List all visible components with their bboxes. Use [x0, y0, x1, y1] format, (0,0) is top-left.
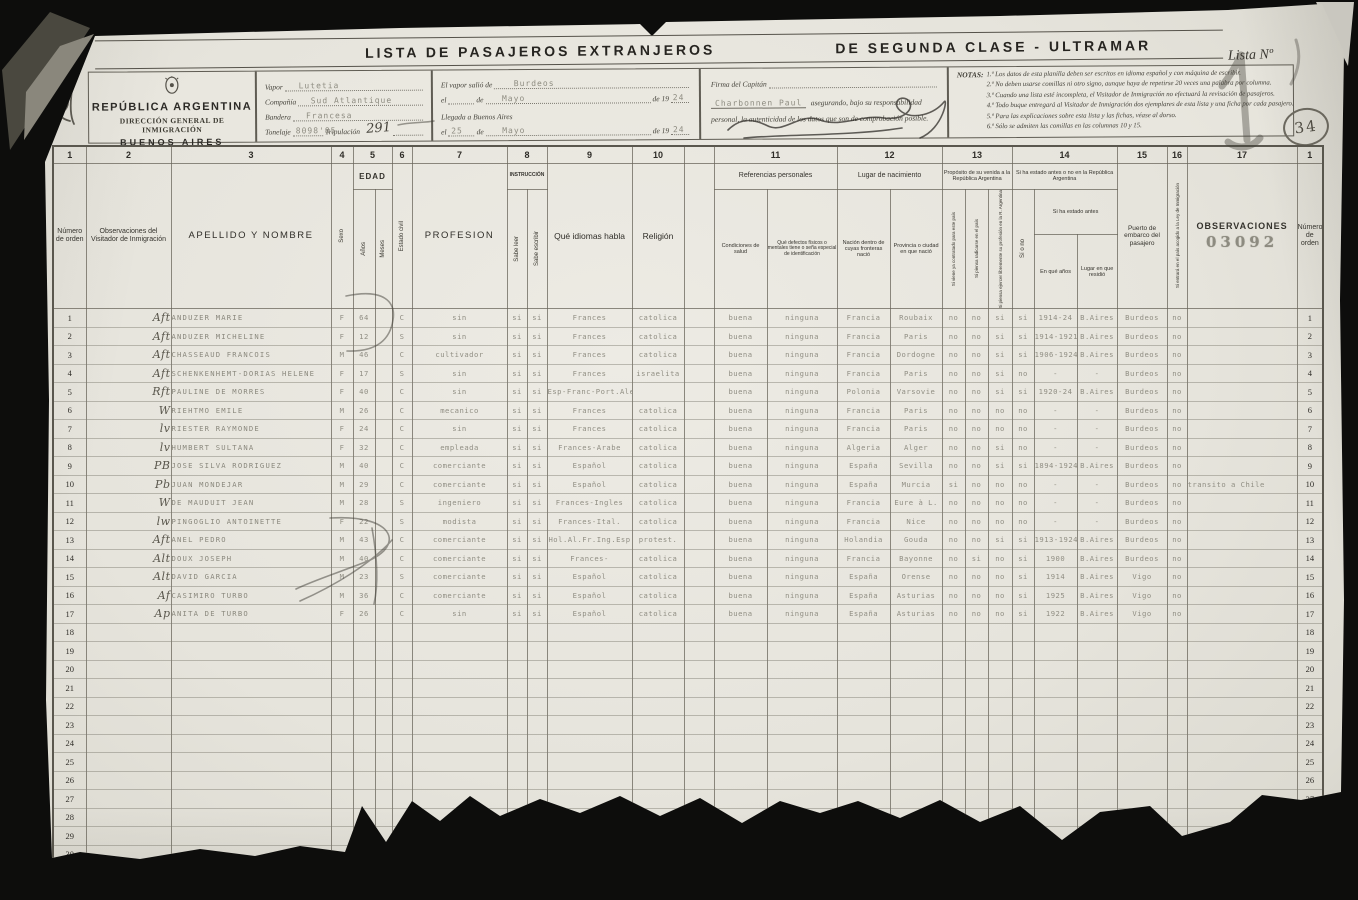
cell-health — [714, 808, 767, 827]
cell-civil: C — [392, 457, 412, 476]
cell-port: Burdeos — [1117, 364, 1167, 383]
cell-write: si — [527, 494, 547, 513]
cell-sex — [331, 679, 353, 698]
cell-months — [375, 568, 392, 587]
cell-n: 2 — [53, 327, 86, 346]
cell-months — [375, 401, 392, 420]
cell-when — [1034, 642, 1077, 661]
cell-before: si — [1012, 457, 1034, 476]
cell-before — [1012, 808, 1034, 827]
voyage-box: El vapor salió deBurdeos el deMayo de 19… — [433, 69, 701, 141]
cell-prov: Gouda — [890, 531, 942, 550]
header-estado-antes: Si ha estado antes o no en la República … — [1012, 163, 1117, 189]
cell-name — [171, 808, 331, 827]
cell-before: no — [1012, 512, 1034, 531]
cell-p1: no — [942, 549, 965, 568]
table-row: 6WRIEHTMO EMILEM26CmecanicosisiFrancesca… — [53, 401, 1323, 420]
cell-nation: Algeria — [837, 438, 890, 457]
cell-years: 32 — [353, 438, 375, 457]
cell-p1 — [942, 845, 965, 864]
cell-nation: Francia — [837, 309, 890, 328]
cell-civil — [392, 697, 412, 716]
scanned-passenger-list: { "page_title": { "left": "LISTA DE PASA… — [0, 0, 1358, 900]
cell-before — [1012, 790, 1034, 809]
cell-law — [1167, 623, 1187, 642]
cell-civil — [392, 753, 412, 772]
cell-obs — [1187, 827, 1297, 846]
cell-before: si — [1012, 309, 1034, 328]
cell-prof: ingeniero — [412, 494, 507, 513]
cell-obs — [1187, 845, 1297, 864]
cell-rel: catolica — [632, 605, 684, 624]
table-row: 1818 — [53, 623, 1323, 642]
cell-defects: ninguna — [767, 549, 837, 568]
cell-nation — [837, 660, 890, 679]
cell-sex — [331, 697, 353, 716]
cell-name: SCHENKENHEMT-DORIAS HELENE — [171, 364, 331, 383]
cell-read: si — [507, 364, 527, 383]
cell-where: - — [1077, 364, 1117, 383]
cell-read — [507, 642, 527, 661]
cell-where — [1077, 660, 1117, 679]
cell-rel — [632, 716, 684, 735]
cell-health: buena — [714, 568, 767, 587]
cell-health — [714, 771, 767, 790]
bandera-label: Bandera — [265, 112, 291, 121]
cell-prof — [412, 679, 507, 698]
cell-years: 22 — [353, 512, 375, 531]
cell-p1: no — [942, 531, 965, 550]
cell-n: 4 — [53, 364, 86, 383]
colnum-1: 1 — [53, 146, 86, 163]
cell-health: buena — [714, 512, 767, 531]
cell-when — [1034, 734, 1077, 753]
cell-read — [507, 771, 527, 790]
header-nacion: Nación dentro de cuyas fronteras nació — [837, 189, 890, 309]
table-body: 1AftANDUZER MARIEF64CsinsisiFrancescatol… — [53, 309, 1323, 864]
cell-write: si — [527, 475, 547, 494]
cell-rel — [632, 753, 684, 772]
cell-before — [1012, 660, 1034, 679]
cell-defects: ninguna — [767, 457, 837, 476]
cell-port — [1117, 660, 1167, 679]
cell-before: si — [1012, 586, 1034, 605]
cell-read: si — [507, 549, 527, 568]
cell-obs — [1187, 531, 1297, 550]
cell-n2: 21 — [1297, 679, 1323, 698]
cell-where: - — [1077, 420, 1117, 439]
cell-years — [353, 660, 375, 679]
cell-name — [171, 697, 331, 716]
cell-health — [714, 660, 767, 679]
cell-where: B.Aires — [1077, 457, 1117, 476]
cell-prov — [890, 845, 942, 864]
header-lugar-residio: Lugar en que residió — [1077, 235, 1117, 309]
cell-obs — [1187, 568, 1297, 587]
cell-sex: M — [331, 494, 353, 513]
cell-years — [353, 716, 375, 735]
cell-when: 1900 — [1034, 549, 1077, 568]
cell-civil: S — [392, 494, 412, 513]
page-title: LISTA DE PASAJEROS EXTRANJEROS — [365, 41, 715, 60]
cell-civil — [392, 660, 412, 679]
cell-years: 23 — [353, 568, 375, 587]
cell-law: no — [1167, 346, 1187, 365]
cell-n: 21 — [53, 679, 86, 698]
cell-when — [1034, 660, 1077, 679]
cell-health: buena — [714, 346, 767, 365]
cell-years: 40 — [353, 457, 375, 476]
header-prop-c: Si piensa ejercer libremente su profesió… — [988, 189, 1012, 309]
cell-name — [171, 734, 331, 753]
cell-n: 19 — [53, 642, 86, 661]
cell-prof: comerciante — [412, 549, 507, 568]
cell-when: 1925 — [1034, 586, 1077, 605]
cell-law — [1167, 753, 1187, 772]
cell-years — [353, 697, 375, 716]
cell-prov: Paris — [890, 364, 942, 383]
cell-where: B.Aires — [1077, 568, 1117, 587]
cell-p3: no — [988, 512, 1012, 531]
cell-n2: 4 — [1297, 364, 1323, 383]
cell-port — [1117, 679, 1167, 698]
cell-civil: C — [392, 586, 412, 605]
cell-law — [1167, 679, 1187, 698]
cell-name: PAULINE DE MORRES — [171, 383, 331, 402]
cell-mark: Aft — [86, 327, 171, 346]
cell-mark: Alt — [86, 568, 171, 587]
cell-p1: no — [942, 383, 965, 402]
cell-p3: si — [988, 457, 1012, 476]
cell-law: no — [1167, 457, 1187, 476]
cell-nation — [837, 771, 890, 790]
cell-law: no — [1167, 309, 1187, 328]
cell-name — [171, 660, 331, 679]
cell-name: PINGOGLIO ANTOINETTE — [171, 512, 331, 531]
header-provincia: Provincia o ciudad en que nació — [890, 189, 942, 309]
cell-blank — [684, 679, 714, 698]
cell-defects — [767, 734, 837, 753]
cell-years: 64 — [353, 309, 375, 328]
cell-where — [1077, 734, 1117, 753]
cell-defects: ninguna — [767, 383, 837, 402]
cell-years — [353, 623, 375, 642]
cell-blank — [684, 346, 714, 365]
cell-n2: 11 — [1297, 494, 1323, 513]
cell-mark: lv — [86, 438, 171, 457]
cell-p3 — [988, 771, 1012, 790]
cell-sex: F — [331, 605, 353, 624]
cell-blank — [684, 568, 714, 587]
cell-before: no — [1012, 494, 1034, 513]
table-row: 15AltDAVID GARCIAM23ScomerciantesisiEspa… — [53, 568, 1323, 587]
cell-health: buena — [714, 494, 767, 513]
cell-civil: C — [392, 420, 412, 439]
cell-where — [1077, 623, 1117, 642]
nota-item: 4.ª Todo buque entregará al Visitador de… — [987, 100, 1294, 112]
cell-sex: F — [331, 364, 353, 383]
cell-lang — [547, 771, 632, 790]
cell-n2: 20 — [1297, 660, 1323, 679]
cell-p2 — [965, 827, 988, 846]
cell-lang — [547, 827, 632, 846]
cell-nation — [837, 623, 890, 642]
cell-read: si — [507, 512, 527, 531]
cell-prof: mecanico — [412, 401, 507, 420]
table-header: 1 2 3 4 5 6 7 8 9 10 11 12 13 14 15 16 1… — [53, 146, 1323, 309]
cell-when — [1034, 827, 1077, 846]
cell-port: Burdeos — [1117, 549, 1167, 568]
cell-mark: W — [86, 494, 171, 513]
cell-health — [714, 845, 767, 864]
cell-months — [375, 716, 392, 735]
cell-n2 — [1297, 808, 1323, 827]
cell-p2: no — [965, 586, 988, 605]
cell-name — [171, 827, 331, 846]
cell-blank — [684, 420, 714, 439]
cell-nation: Francia — [837, 401, 890, 420]
cell-prof — [412, 716, 507, 735]
cell-defects: ninguna — [767, 327, 837, 346]
cell-p3 — [988, 845, 1012, 864]
cell-obs — [1187, 660, 1297, 679]
cell-years: 17 — [353, 364, 375, 383]
cell-months — [375, 327, 392, 346]
cell-name — [171, 771, 331, 790]
cell-law: no — [1167, 364, 1187, 383]
cell-name: JUAN MONDEJAR — [171, 475, 331, 494]
cell-law: no — [1167, 512, 1187, 531]
cell-health: buena — [714, 586, 767, 605]
cell-n2: 6 — [1297, 401, 1323, 420]
compania-label: Compañía — [265, 97, 296, 106]
cell-prov: Murcia — [890, 475, 942, 494]
cell-n2 — [1297, 845, 1323, 864]
cell-months — [375, 827, 392, 846]
cell-read: si — [507, 605, 527, 624]
cell-mark — [86, 753, 171, 772]
dia-llegada: 25 — [451, 126, 463, 135]
cell-nation: España — [837, 586, 890, 605]
cell-civil: C — [392, 605, 412, 624]
cell-health — [714, 697, 767, 716]
cell-p2: no — [965, 457, 988, 476]
table-row: 5RftPAULINE DE MORRESF40CsinsisiEsp-Fran… — [53, 383, 1323, 402]
cell-obs — [1187, 623, 1297, 642]
cell-prof — [412, 790, 507, 809]
cell-prov — [890, 642, 942, 661]
cell-p2: no — [965, 512, 988, 531]
cell-sex: M — [331, 475, 353, 494]
cell-blank — [684, 827, 714, 846]
cell-blank — [684, 808, 714, 827]
cell-defects: ninguna — [767, 364, 837, 383]
header-meses: Meses — [375, 189, 392, 309]
cell-sex — [331, 808, 353, 827]
cell-write — [527, 642, 547, 661]
cell-law: no — [1167, 568, 1187, 587]
cell-n2: 14 — [1297, 549, 1323, 568]
table-row: 8lvHUMBERT SULTANAF32CempleadasisiFrance… — [53, 438, 1323, 457]
header-estado-civil: Estado civil — [392, 163, 412, 309]
cell-civil: S — [392, 327, 412, 346]
cell-civil: C — [392, 475, 412, 494]
cell-before — [1012, 753, 1034, 772]
cell-mark — [86, 827, 171, 846]
cell-defects: ninguna — [767, 420, 837, 439]
cell-write — [527, 697, 547, 716]
stamp-number: 03092 — [1188, 233, 1297, 251]
vapor-value: Lutetia — [299, 81, 340, 90]
cell-port: Burdeos — [1117, 346, 1167, 365]
cell-law: no — [1167, 383, 1187, 402]
cell-law: no — [1167, 327, 1187, 346]
cell-where: - — [1077, 475, 1117, 494]
cell-health — [714, 716, 767, 735]
cell-p3 — [988, 660, 1012, 679]
cell-obs — [1187, 438, 1297, 457]
cell-name: CASIMIRO TURBO — [171, 586, 331, 605]
cell-p1: no — [942, 364, 965, 383]
table-row: 1AftANDUZER MARIEF64CsinsisiFrancescatol… — [53, 309, 1323, 328]
cell-mark — [86, 734, 171, 753]
cell-nation: España — [837, 568, 890, 587]
cell-lang: Frances-Ingles — [547, 494, 632, 513]
cell-lang — [547, 642, 632, 661]
cell-read — [507, 827, 527, 846]
cell-rel — [632, 660, 684, 679]
cell-mark: Pb — [86, 475, 171, 494]
cell-nation — [837, 642, 890, 661]
cell-civil: C — [392, 309, 412, 328]
header-prop-a: Si viene ya contratado para este país — [942, 189, 965, 309]
cell-before — [1012, 642, 1034, 661]
cell-write: si — [527, 383, 547, 402]
cell-write: si — [527, 364, 547, 383]
header-salud: Condiciones de salud — [714, 189, 767, 309]
cell-write — [527, 771, 547, 790]
cell-port — [1117, 642, 1167, 661]
cell-obs — [1187, 346, 1297, 365]
cell-read — [507, 753, 527, 772]
cell-law: no — [1167, 401, 1187, 420]
cell-mark: Ap — [86, 605, 171, 624]
cell-p3: no — [988, 586, 1012, 605]
cell-prof: modista — [412, 512, 507, 531]
cell-port: Burdeos — [1117, 438, 1167, 457]
cell-lang: Frances-Arabe — [547, 438, 632, 457]
cell-sex — [331, 734, 353, 753]
cell-nation — [837, 679, 890, 698]
cell-n: 18 — [53, 623, 86, 642]
cell-before: si — [1012, 549, 1034, 568]
cell-n: 12 — [53, 512, 86, 531]
cell-defects: ninguna — [767, 401, 837, 420]
header-nacimiento: Lugar de nacimiento — [837, 163, 942, 189]
tonelaje-value: 8098'85 — [296, 126, 337, 135]
cell-write — [527, 845, 547, 864]
cell-civil: C — [392, 383, 412, 402]
table-row: 2626 — [53, 771, 1323, 790]
cell-blank — [684, 438, 714, 457]
cell-months — [375, 364, 392, 383]
cell-n: 30 — [53, 845, 86, 864]
cell-lang: Frances — [547, 327, 632, 346]
cell-health: buena — [714, 549, 767, 568]
table-row: 1919 — [53, 642, 1323, 661]
cell-civil — [392, 716, 412, 735]
cell-months — [375, 845, 392, 864]
cell-lang: Frances — [547, 346, 632, 365]
table-row: 2525 — [53, 753, 1323, 772]
cell-blank — [684, 531, 714, 550]
cell-blank — [684, 790, 714, 809]
table-row: 17ApANITA DE TURBOF26CsinsisiEspañolcato… — [53, 605, 1323, 624]
cell-p1 — [942, 623, 965, 642]
cell-rel — [632, 827, 684, 846]
cell-months — [375, 605, 392, 624]
cell-rel: catolica — [632, 457, 684, 476]
cell-p1 — [942, 808, 965, 827]
issuer-country: REPÚBLICA ARGENTINA — [89, 101, 255, 114]
cell-defects: ninguna — [767, 494, 837, 513]
cell-write — [527, 753, 547, 772]
cell-years — [353, 827, 375, 846]
cell-prov — [890, 716, 942, 735]
cell-write: si — [527, 605, 547, 624]
cell-p3 — [988, 827, 1012, 846]
cell-write — [527, 827, 547, 846]
cell-n: 24 — [53, 734, 86, 753]
cell-read: si — [507, 383, 527, 402]
header-profesion: PROFESION — [412, 163, 507, 309]
cell-prov — [890, 753, 942, 772]
cell-rel: catolica — [632, 494, 684, 513]
cell-where — [1077, 790, 1117, 809]
cell-before: no — [1012, 438, 1034, 457]
cell-where — [1077, 845, 1117, 864]
cell-read: si — [507, 475, 527, 494]
cell-defects: ninguna — [767, 586, 837, 605]
issuer-box: REPÚBLICA ARGENTINA DIRECCIÓN GENERAL DE… — [89, 72, 257, 143]
table-row: 9PBJOSE SILVA RODRIGUEZM40Ccomerciantesi… — [53, 457, 1323, 476]
cell-n2: 17 — [1297, 605, 1323, 624]
cell-when: 1906-1924 — [1034, 346, 1077, 365]
cell-before: si — [1012, 605, 1034, 624]
cell-p3: no — [988, 549, 1012, 568]
cell-months — [375, 457, 392, 476]
cell-prof: comerciante — [412, 568, 507, 587]
colnum-2: 2 — [86, 146, 171, 163]
cell-p1 — [942, 734, 965, 753]
cell-obs — [1187, 364, 1297, 383]
cell-years: 29 — [353, 475, 375, 494]
cell-port — [1117, 845, 1167, 864]
cell-p3: si — [988, 309, 1012, 328]
cell-p2: no — [965, 383, 988, 402]
cell-p3 — [988, 679, 1012, 698]
cell-when — [1034, 771, 1077, 790]
cell-rel — [632, 697, 684, 716]
cell-p1 — [942, 679, 965, 698]
cell-read — [507, 734, 527, 753]
cell-when: 1894-1924 — [1034, 457, 1077, 476]
cell-blank — [684, 642, 714, 661]
cell-n: 9 — [53, 457, 86, 476]
cell-years: 28 — [353, 494, 375, 513]
cell-health — [714, 679, 767, 698]
cell-civil — [392, 623, 412, 642]
